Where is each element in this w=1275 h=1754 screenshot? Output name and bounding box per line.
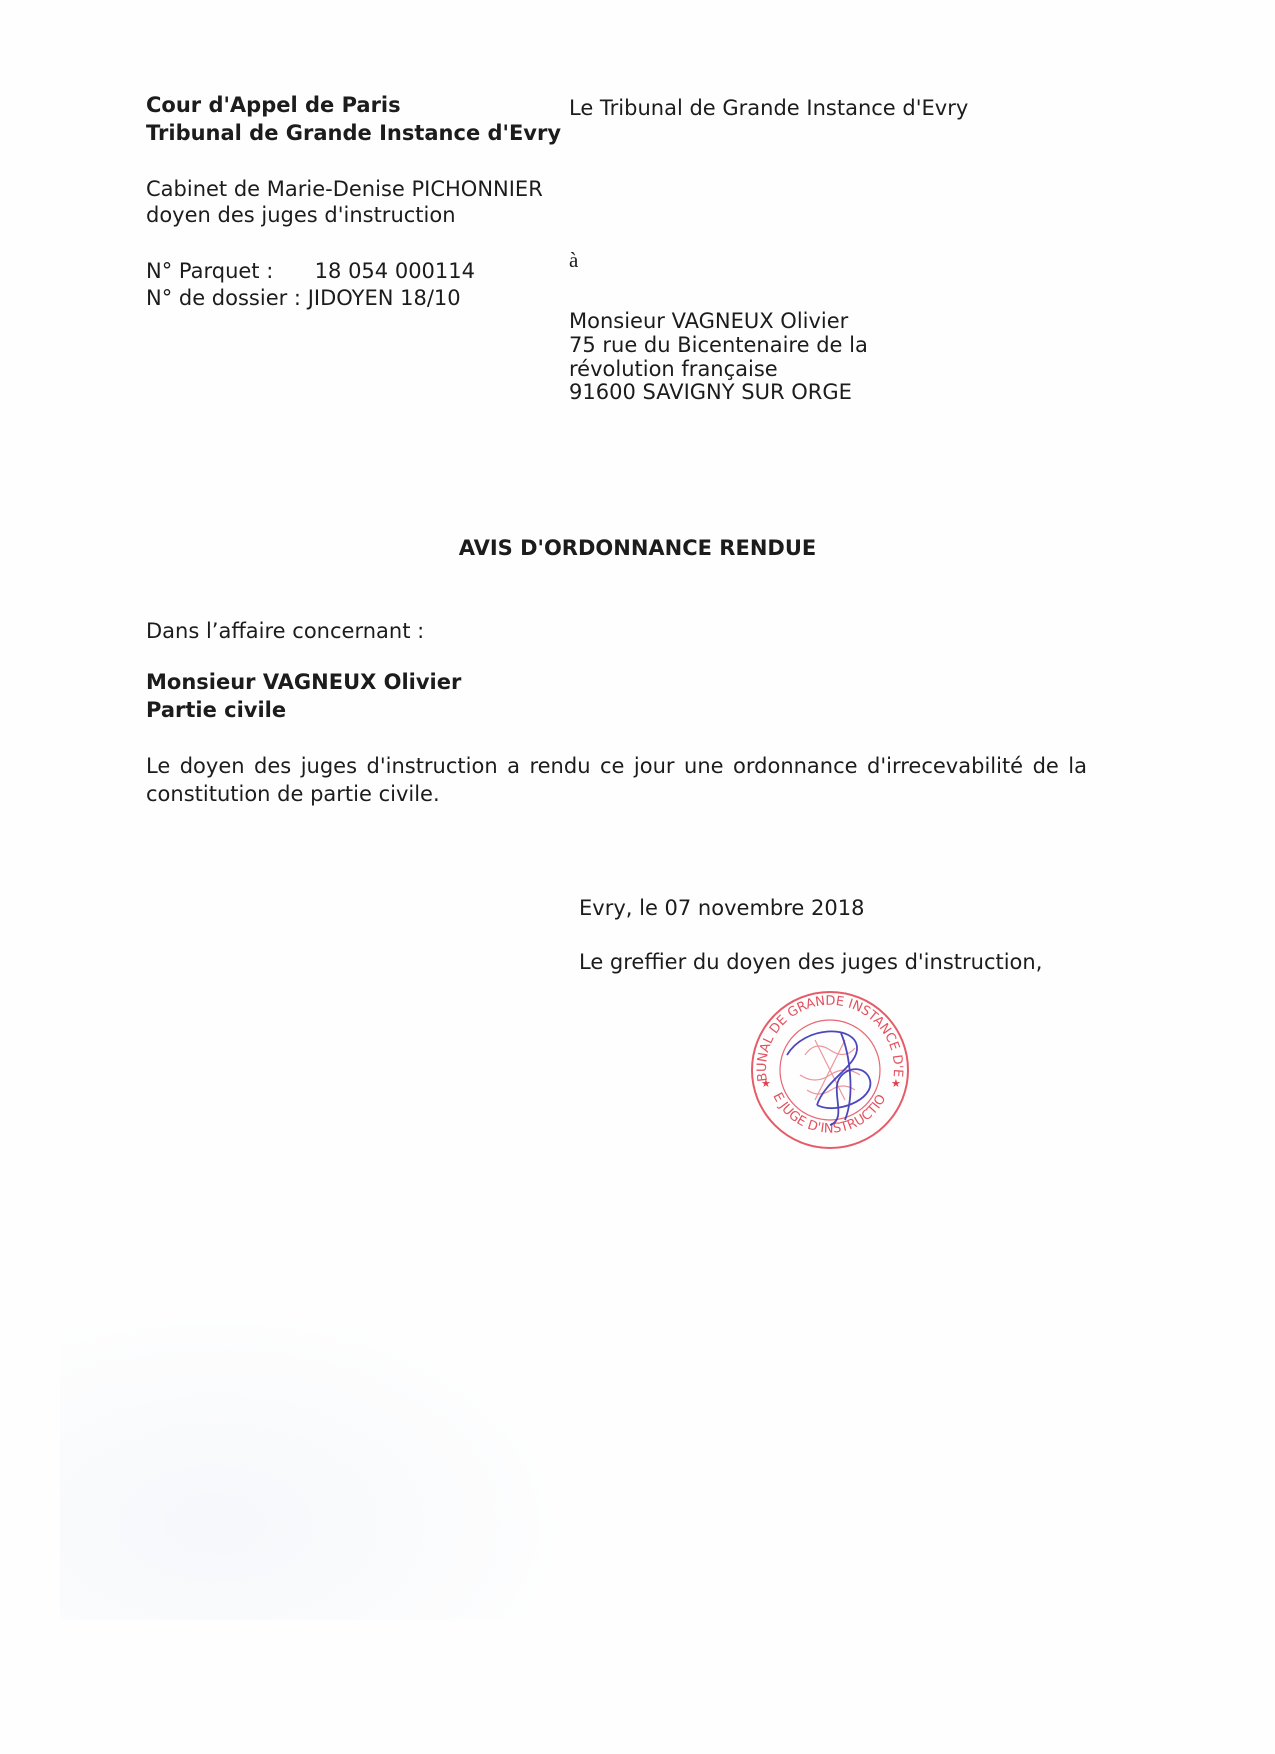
svg-text:TRIBUNAL DE GRANDE INSTANCE D': TRIBUNAL DE GRANDE INSTANCE D'EVRY (745, 985, 905, 1083)
parquet-label: N° Parquet : (146, 259, 273, 283)
signer-title: Le greffier du doyen des juges d'instruc… (579, 950, 1042, 974)
party-name: Monsieur VAGNEUX Olivier (146, 670, 461, 694)
dossier-value: JIDOYEN 18/10 (308, 286, 461, 310)
svg-text:★: ★ (891, 1077, 901, 1090)
dossier-label: N° de dossier : (146, 286, 301, 310)
svg-text:★: ★ (761, 1077, 771, 1090)
to-marker: à (569, 248, 578, 272)
affair-intro: Dans l’affaire concernant : (146, 619, 424, 643)
sender: Le Tribunal de Grande Instance d'Evry (569, 96, 968, 120)
parquet-number: N° Parquet : 18 054 000114 (146, 259, 475, 283)
party-role: Partie civile (146, 698, 286, 722)
dossier-number: N° de dossier : JIDOYEN 18/10 (146, 286, 461, 310)
cabinet-role: doyen des juges d'instruction (146, 203, 456, 227)
tribunal-name: Tribunal de Grande Instance d'Evry (146, 121, 561, 145)
scan-artifact (60, 1300, 580, 1620)
place-date: Evry, le 07 novembre 2018 (579, 896, 864, 920)
document-title: AVIS D'ORDONNANCE RENDUE (0, 536, 1275, 560)
parquet-value: 18 054 000114 (315, 259, 475, 283)
ordinance-paragraph: Le doyen des juges d'instruction a rendu… (146, 752, 1087, 808)
recipient-name: Monsieur VAGNEUX Olivier (569, 309, 848, 333)
cabinet-line: Cabinet de Marie-Denise PICHONNIER (146, 177, 543, 201)
court-name: Cour d'Appel de Paris (146, 93, 401, 117)
recipient-city: 91600 SAVIGNY SUR ORGE (569, 380, 852, 404)
court-stamp-icon: TRIBUNAL DE GRANDE INSTANCE D'EVRY LE JU… (745, 985, 915, 1155)
recipient-address-1: 75 rue du Bicentenaire de la (569, 333, 868, 357)
recipient-address-2: révolution française (569, 357, 778, 381)
